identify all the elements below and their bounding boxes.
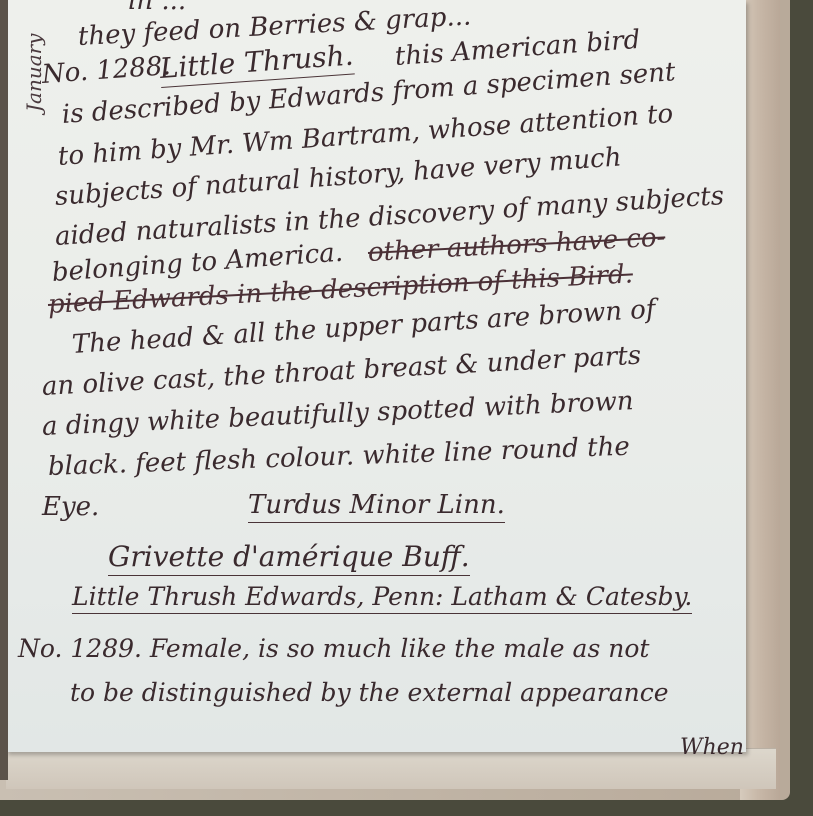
synonym-references: Little Thrush Edwards, Penn: Latham & Ca…: [72, 582, 692, 614]
page-edges: [740, 0, 780, 800]
book-binding: [0, 0, 8, 780]
page-bottom-edge: [6, 748, 776, 789]
text-line: Eye.: [42, 492, 99, 522]
text-line: in ...: [128, 0, 186, 16]
text-line: to be distinguished by the external appe…: [70, 678, 669, 707]
synonym-buffon: Grivette d'amérique Buff.: [108, 540, 470, 576]
catchword: When: [680, 735, 744, 760]
text-line: No. 1289. Female, is so much like the ma…: [18, 634, 649, 663]
latin-name: Turdus Minor Linn.: [248, 490, 505, 523]
